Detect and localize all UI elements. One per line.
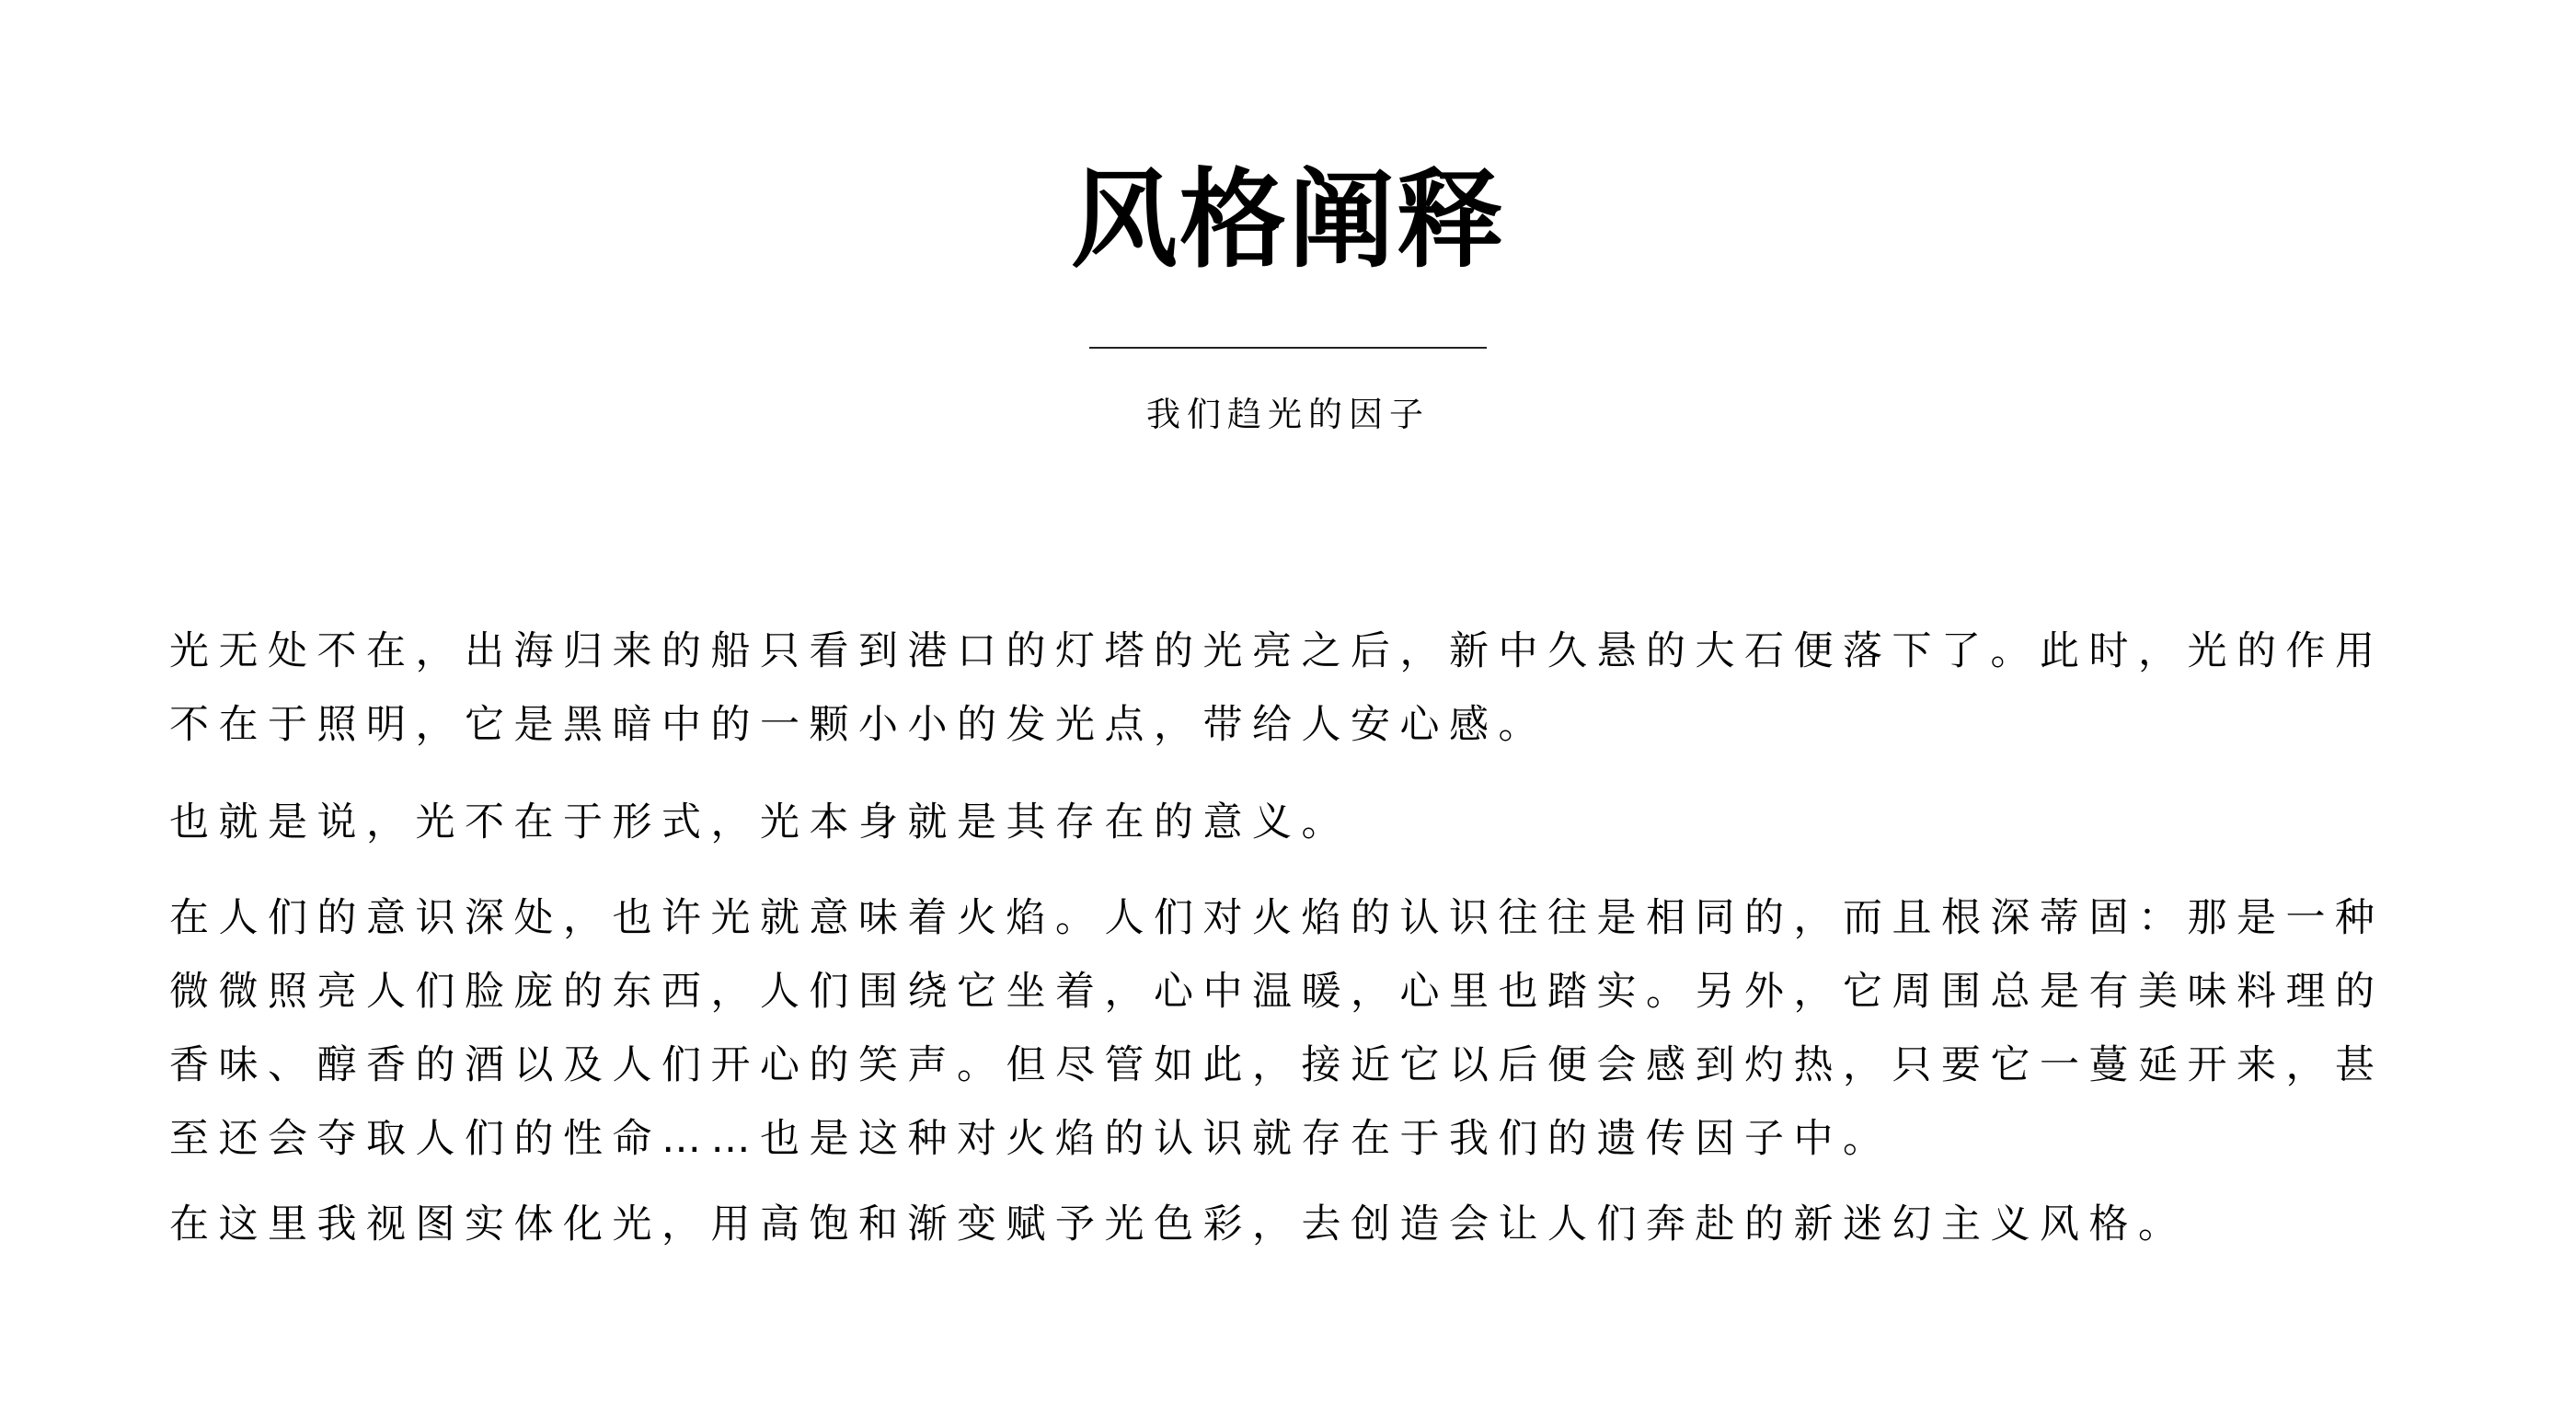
- body-text: 光无处不在，出海归来的船只看到港口的灯塔的光亮之后，新中久悬的大石便落下了。此时…: [169, 615, 2414, 1261]
- paragraph-line: 香味、醇香的酒以及人们开心的笑声。但尽管如此，接近它以后便会感到灼热，只要它一蔓…: [169, 1029, 2414, 1102]
- page-subtitle: 我们趋光的因子: [0, 392, 2576, 438]
- paragraph-line: 也就是说，光不在于形式，光本身就是其存在的意义。: [169, 786, 2414, 859]
- paragraph-line: 光无处不在，出海归来的船只看到港口的灯塔的光亮之后，新中久悬的大石便落下了。此时…: [169, 615, 2414, 688]
- paragraph-flame: 在人们的意识深处，也许光就意味着火焰。人们对火焰的认识往往是相同的，而且根深蒂固…: [169, 881, 2414, 1176]
- title-divider: [1089, 347, 1487, 349]
- paragraph-line: 微微照亮人们脸庞的东西，人们围绕它坐着，心中温暖，心里也踏实。另外，它周围总是有…: [169, 955, 2414, 1029]
- paragraph-line: 在人们的意识深处，也许光就意味着火焰。人们对火焰的认识往往是相同的，而且根深蒂固…: [169, 881, 2414, 955]
- paragraph-line: 不在于照明，它是黑暗中的一颗小小的发光点，带给人安心感。: [169, 688, 2414, 762]
- paragraph-line: 至还会夺取人们的性命……也是这种对火焰的认识就存在于我们的遗传因子中。: [169, 1102, 2414, 1176]
- paragraph-meaning-of-light: 也就是说，光不在于形式，光本身就是其存在的意义。: [169, 786, 2414, 859]
- paragraph-line: 在这里我视图实体化光，用高饱和渐变赋予光色彩，去创造会让人们奔赴的新迷幻主义风格…: [169, 1188, 2414, 1261]
- paragraph-light-everywhere: 光无处不在，出海归来的船只看到港口的灯塔的光亮之后，新中久悬的大石便落下了。此时…: [169, 615, 2414, 762]
- page-title: 风格阐释: [0, 156, 2576, 285]
- paragraph-style-statement: 在这里我视图实体化光，用高饱和渐变赋予光色彩，去创造会让人们奔赴的新迷幻主义风格…: [169, 1188, 2414, 1261]
